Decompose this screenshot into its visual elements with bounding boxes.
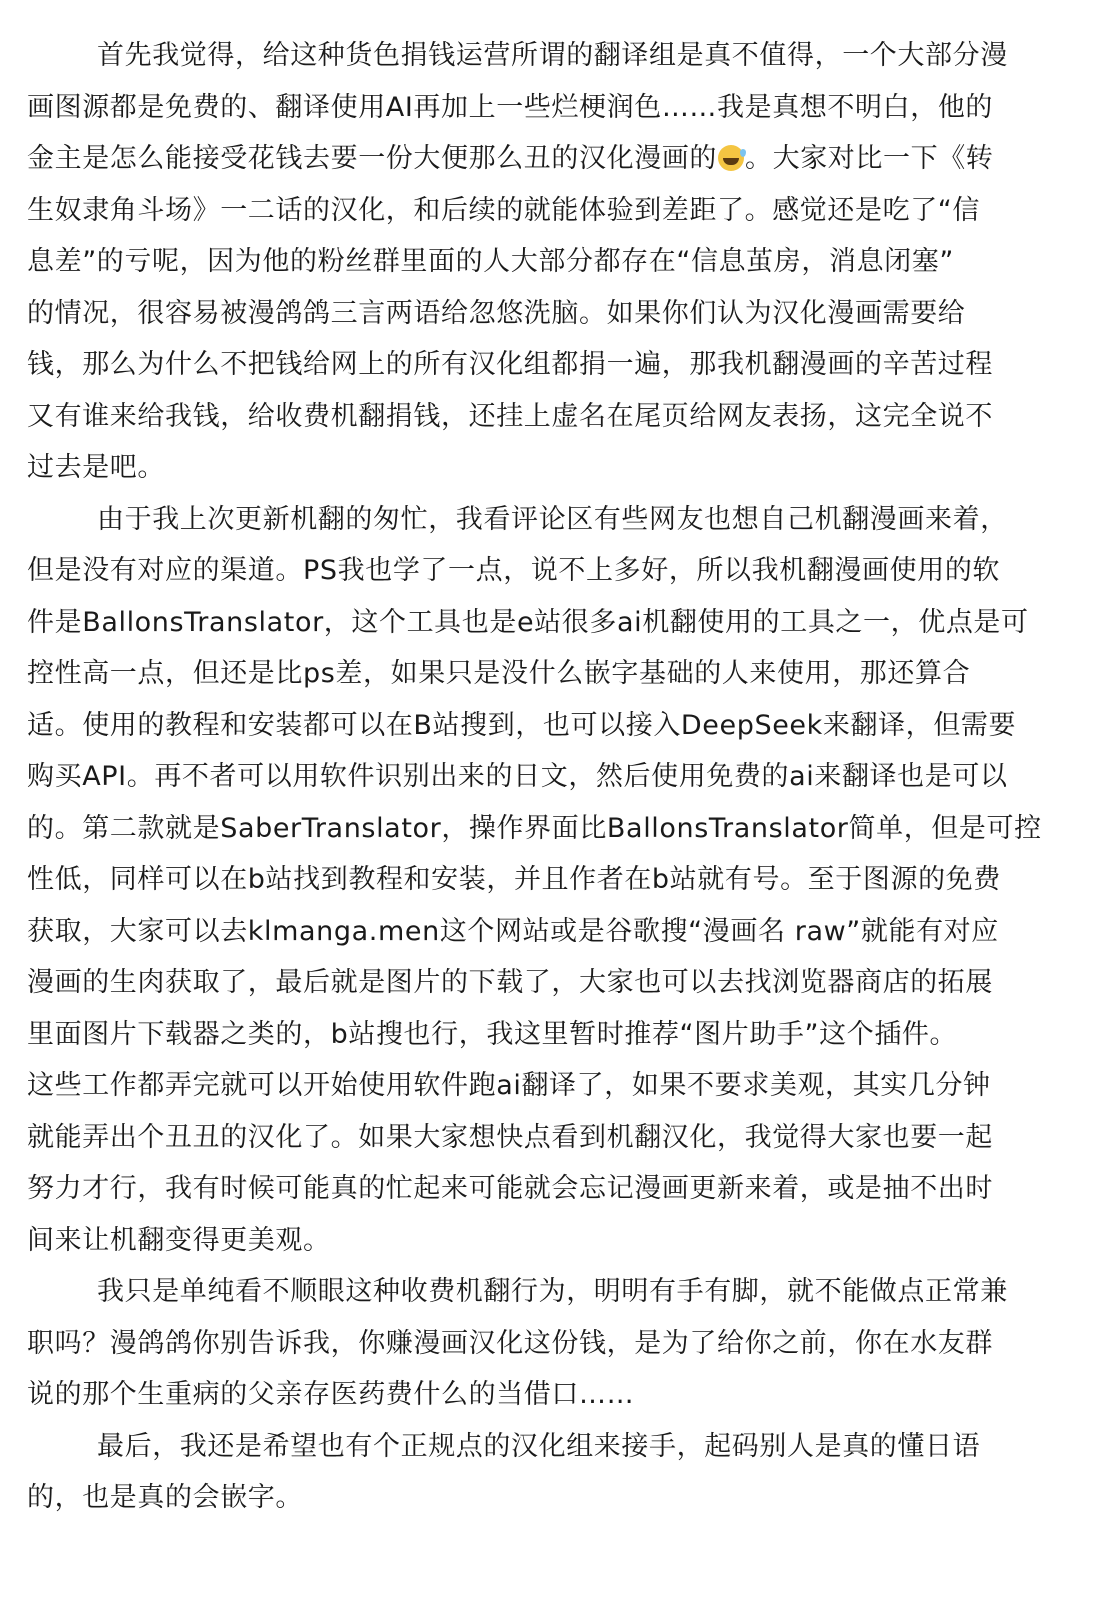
text-line: 的。第二款就是SaberTranslator，操作界面比BallonsTrans… (27, 803, 1087, 855)
text-segment: 。大家对比一下《转 (745, 143, 993, 174)
text-line: 说的那个生重病的父亲存医药费什么的当借口…… (27, 1369, 1087, 1421)
text-segment: 金主是怎么能接受花钱去要一份大便那么丑的汉化漫画的 (27, 143, 717, 174)
text-line: 画图源都是免费的、翻译使用AI再加上一些烂梗润色……我是真想不明白，他的 (27, 82, 1087, 134)
text-line: 又有谁来给我钱，给收费机翻捐钱，还挂上虚名在尾页给网友表扬，这完全说不 (27, 391, 1087, 443)
paragraph-2: 由于我上次更新机翻的匆忙，我看评论区有些网友也想自己机翻漫画来着， 但是没有对应… (27, 494, 1087, 1267)
text-line: 间来让机翻变得更美观。 (27, 1215, 1087, 1267)
text-line: 金主是怎么能接受花钱去要一份大便那么丑的汉化漫画的。大家对比一下《转 (27, 133, 1087, 185)
text-line: 性低，同样可以在b站找到教程和安装，并且作者在b站就有号。至于图源的免费 (27, 854, 1087, 906)
text-line: 职吗？漫鸽鸽你别告诉我，你赚漫画汉化这份钱，是为了给你之前，你在水友群 (27, 1318, 1087, 1370)
text-line: 的情况，很容易被漫鸽鸽三言两语给忽悠洗脑。如果你们认为汉化漫画需要给 (27, 288, 1087, 340)
text-line: 生奴隶角斗场》一二话的汉化，和后续的就能体验到差距了。感觉还是吃了“信 (27, 185, 1087, 237)
text-line: 我只是单纯看不顺眼这种收费机翻行为，明明有手有脚，就不能做点正常兼 (27, 1266, 1087, 1318)
text-line: 就能弄出个丑丑的汉化了。如果大家想快点看到机翻汉化，我觉得大家也要一起 (27, 1112, 1087, 1164)
paragraph-3: 我只是单纯看不顺眼这种收费机翻行为，明明有手有脚，就不能做点正常兼 职吗？漫鸽鸽… (27, 1266, 1087, 1421)
text-line: 努力才行，我有时候可能真的忙起来可能就会忘记漫画更新来着，或是抽不出时 (27, 1163, 1087, 1215)
grinning-sweat-emoji-icon (718, 145, 744, 171)
text-line: 漫画的生肉获取了，最后就是图片的下载了，大家也可以去找浏览器商店的拓展 (27, 957, 1087, 1009)
text-line: 控性高一点，但还是比ps差，如果只是没什么嵌字基础的人来使用，那还算合 (27, 648, 1087, 700)
text-line: 由于我上次更新机翻的匆忙，我看评论区有些网友也想自己机翻漫画来着， (27, 494, 1087, 546)
text-line: 过去是吧。 (27, 442, 1087, 494)
paragraph-1: 首先我觉得，给这种货色捐钱运营所谓的翻译组是真不值得，一个大部分漫 画图源都是免… (27, 30, 1087, 494)
text-line: 但是没有对应的渠道。PS我也学了一点，说不上多好，所以我机翻漫画使用的软 (27, 545, 1087, 597)
text-line: 购买API。再不者可以用软件识别出来的日文，然后使用免费的ai来翻译也是可以 (27, 751, 1087, 803)
text-line: 息差”的亏呢，因为他的粉丝群里面的人大部分都存在“信息茧房，消息闭塞” (27, 236, 1087, 288)
text-line: 里面图片下载器之类的，b站搜也行，我这里暂时推荐“图片助手”这个插件。 (27, 1009, 1087, 1061)
text-line: 首先我觉得，给这种货色捐钱运营所谓的翻译组是真不值得，一个大部分漫 (27, 30, 1087, 82)
paragraph-4: 最后，我还是希望也有个正规点的汉化组来接手，起码别人是真的懂日语 的，也是真的会… (27, 1421, 1087, 1524)
text-line: 这些工作都弄完就可以开始使用软件跑ai翻译了，如果不要求美观，其实几分钟 (27, 1060, 1087, 1112)
text-line: 最后，我还是希望也有个正规点的汉化组来接手，起码别人是真的懂日语 (27, 1421, 1087, 1473)
text-line: 钱，那么为什么不把钱给网上的所有汉化组都捐一遍，那我机翻漫画的辛苦过程 (27, 339, 1087, 391)
document-body: 首先我觉得，给这种货色捐钱运营所谓的翻译组是真不值得，一个大部分漫 画图源都是免… (27, 30, 1087, 1524)
text-line: 的，也是真的会嵌字。 (27, 1472, 1087, 1524)
text-line: 获取，大家可以去klmanga.men这个网站或是谷歌搜“漫画名 raw”就能有… (27, 906, 1087, 958)
text-line: 适。使用的教程和安装都可以在B站搜到，也可以接入DeepSeek来翻译，但需要 (27, 700, 1087, 752)
text-line: 件是BallonsTranslator，这个工具也是e站很多ai机翻使用的工具之… (27, 597, 1087, 649)
